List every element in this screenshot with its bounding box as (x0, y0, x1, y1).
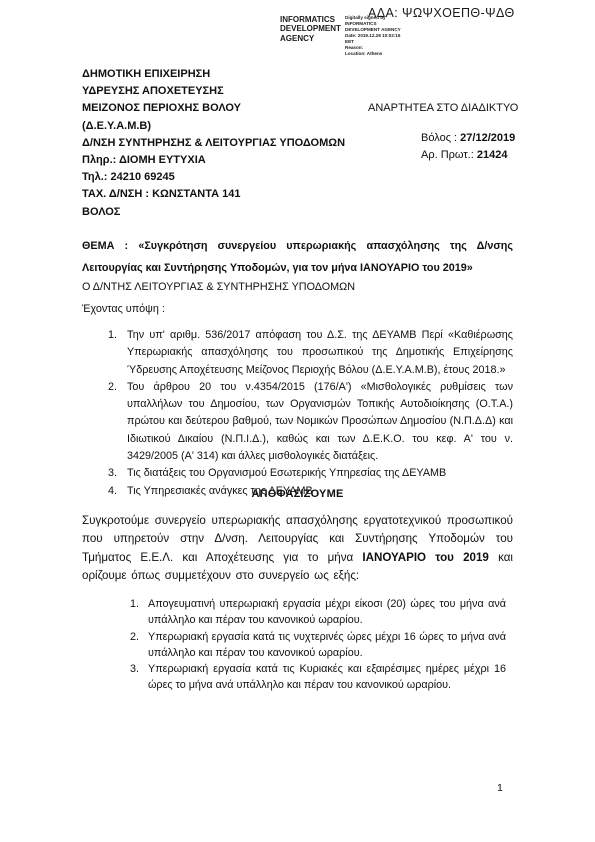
item-number: 3. (108, 465, 127, 482)
protocol-number: 21424 (477, 149, 508, 161)
city-label: Βόλος : (421, 132, 460, 144)
item-number: 2. (108, 379, 127, 465)
item-text: Του άρθρου 20 του ν.4354/2015 (176/Α') «… (127, 379, 513, 465)
sender-line: Πληρ.: ΔΙΟΜΗ ΕΥΤΥΧΙΑ (82, 152, 345, 169)
decision-heading: ΑΠΟΦΑΣΙΖΟΥΜΕ (0, 488, 595, 500)
list-item: 1. Την υπ' αριθμ. 536/2017 απόφαση του Δ… (108, 327, 513, 379)
sender-line: ΒΟΛΟΣ (82, 204, 345, 221)
subject-text: «Συγκρότηση συνεργείου υπερωριακής απασχ… (82, 240, 513, 274)
sender-line: Τηλ.: 24210 69245 (82, 169, 345, 186)
item-text: Υπερωριακή εργασία κατά τις Κυριακές και… (148, 661, 506, 694)
list-item: 3. Υπερωριακή εργασία κατά τις Κυριακές … (130, 661, 506, 694)
signature-agency-name: INFORMATICS DEVELOPMENT AGENCY (280, 15, 340, 57)
item-number: 2. (130, 629, 148, 662)
item-text: Τις διατάξεις του Οργανισμού Εσωτερικής … (127, 465, 513, 482)
subject-paragraph: ΘΕΜΑ : «Συγκρότηση συνεργείου υπερωριακή… (82, 236, 513, 279)
item-text: Απογευματινή υπερωριακή εργασία μέχρι εί… (148, 596, 506, 629)
item-number: 3. (130, 661, 148, 694)
signature-details: Digitally signed by INFORMATICS DEVELOPM… (345, 15, 423, 57)
sender-line: ΥΔΡΕΥΣΗΣ ΑΠΟΧΕΤΕΥΣΗΣ (82, 83, 345, 100)
overtime-terms-list: 1. Απογευματινή υπερωριακή εργασία μέχρι… (130, 596, 506, 694)
list-item: 2. Του άρθρου 20 του ν.4354/2015 (176/Α'… (108, 379, 513, 465)
protocol-label: Αρ. Πρωτ.: (421, 149, 477, 161)
page-number: 1 (497, 782, 503, 794)
sender-line: ΤΑΧ. Δ/ΝΣΗ : ΚΩΝΣΤΑΝΤΑ 141 (82, 186, 345, 203)
authority-title: Ο Δ/ΝΤΗΣ ΛΕΙΤΟΥΡΓΙΑΣ & ΣΥΝΤΗΡΗΣΗΣ ΥΠΟΔΟΜ… (82, 281, 355, 293)
sender-letterhead: ΔΗΜΟΤΙΚΗ ΕΠΙΧΕΙΡΗΣΗ ΥΔΡΕΥΣΗΣ ΑΠΟΧΕΤΕΥΣΗΣ… (82, 66, 345, 221)
sender-line: (Δ.Ε.Υ.Α.Μ.Β) (82, 118, 345, 135)
sender-line: ΔΗΜΟΤΙΚΗ ΕΠΙΧΕΙΡΗΣΗ (82, 66, 345, 83)
list-item: 3. Τις διατάξεις του Οργανισμού Εσωτερικ… (108, 465, 513, 482)
document-page: ΑΔΑ: ΨΩΨΧΟΕΠΘ-ΨΔΘ INFORMATICS DEVELOPMEN… (0, 0, 595, 842)
item-text: Την υπ' αριθμ. 536/2017 απόφαση του Δ.Σ.… (127, 327, 513, 379)
publish-notice: ΑΝΑΡΤΗΤΕΑ ΣΤΟ ΔΙΑΔΙΚΤΥΟ (368, 102, 518, 114)
document-date: 27/12/2019 (460, 132, 515, 144)
subject-label: ΘΕΜΑ : (82, 240, 138, 252)
protocol-line: Αρ. Πρωτ.: 21424 (421, 149, 507, 161)
digital-signature-stamp: INFORMATICS DEVELOPMENT AGENCY Digitally… (280, 15, 423, 57)
item-text: Υπερωριακή εργασία κατά τις νυχτερινές ώ… (148, 629, 506, 662)
item-number: 1. (108, 327, 127, 379)
city-date-line: Βόλος : 27/12/2019 (421, 132, 515, 144)
list-item: 1. Απογευματινή υπερωριακή εργασία μέχρι… (130, 596, 506, 629)
decision-paragraph: Συγκροτούμε συνεργείο υπερωριακής απασχό… (82, 512, 513, 586)
sender-line: ΜΕΙΖΟΝΟΣ ΠΕΡΙΟΧΗΣ ΒΟΛΟΥ (82, 100, 345, 117)
signature-line: Location: Athens (345, 51, 423, 57)
having-regard-label: Έχοντας υπόψη : (82, 303, 165, 315)
decision-month-bold: ΙΑΝΟΥΑΡΙΟ του 2019 (362, 551, 489, 564)
list-item: 2. Υπερωριακή εργασία κατά τις νυχτερινέ… (130, 629, 506, 662)
considerations-list: 1. Την υπ' αριθμ. 536/2017 απόφαση του Δ… (108, 327, 513, 500)
item-number: 1. (130, 596, 148, 629)
sender-line: Δ/ΝΣΗ ΣΥΝΤΗΡΗΣΗΣ & ΛΕΙΤΟΥΡΓΙΑΣ ΥΠΟΔΟΜΩΝ (82, 135, 345, 152)
